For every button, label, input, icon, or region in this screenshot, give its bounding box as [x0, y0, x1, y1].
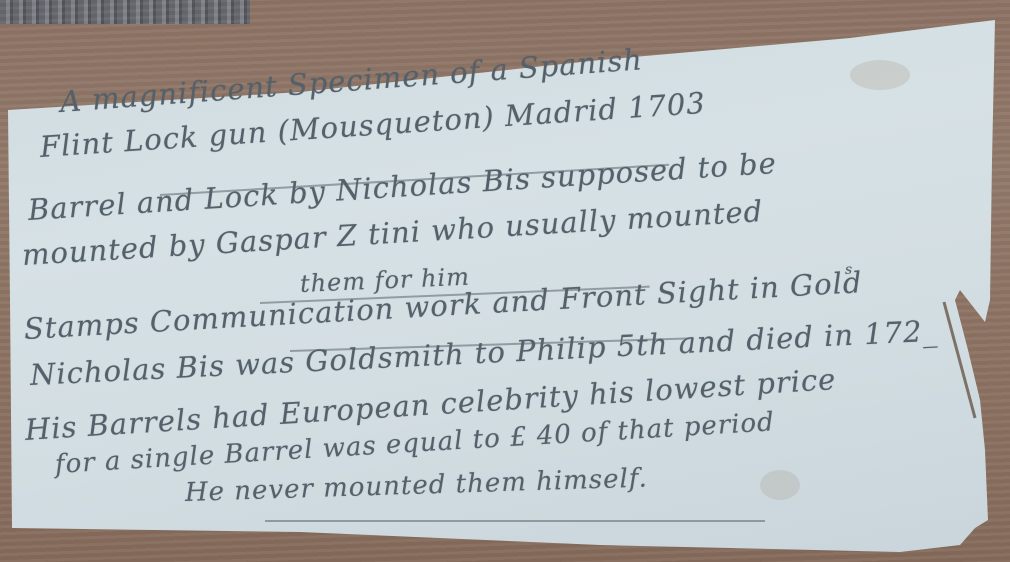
stain: [760, 470, 800, 500]
stain: [850, 60, 910, 90]
underline-rule: [265, 520, 765, 522]
